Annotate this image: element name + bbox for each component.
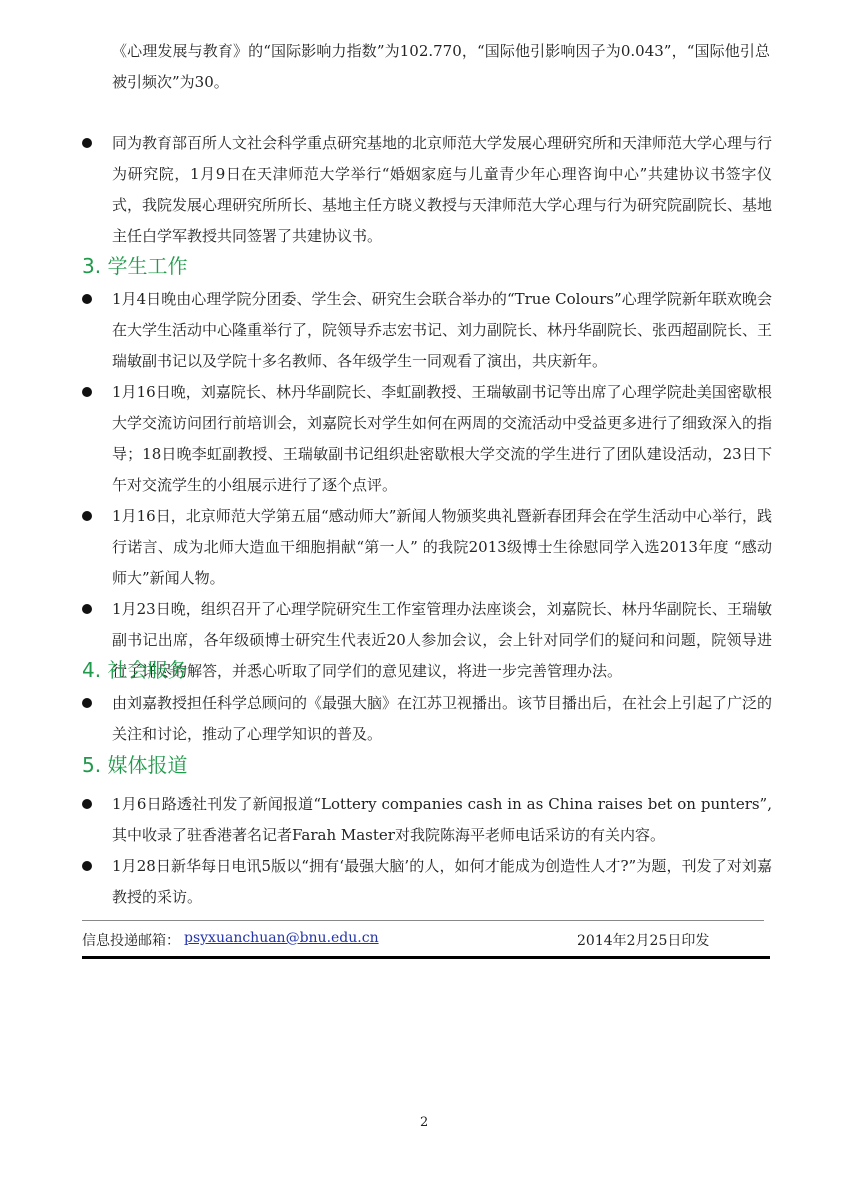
bullet-icon — [82, 138, 92, 148]
list-item: 1月16日，北京师范大学第五届“感动师大”新闻人物颁奖典礼暨新春团拜会在学生活动… — [82, 501, 772, 594]
bullet-icon — [82, 387, 92, 397]
list-item: 同为教育部百所人文社会科学重点研究基地的北京师范大学发展心理研究所和天津师范大学… — [82, 128, 772, 252]
list-item: 由刘嘉教授担任科学总顾问的《最强大脑》在江苏卫视播出。该节目播出后，在社会上引起… — [82, 688, 772, 750]
section-heading-media-reports: 5. 媒体报道 — [82, 749, 187, 778]
footer-rule — [82, 956, 770, 959]
continuation-paragraph: 《心理发展与教育》的“国际影响力指数”为102.770，“国际他引影响因子为0.… — [112, 36, 770, 98]
bullet-icon — [82, 799, 92, 809]
page-number: 2 — [420, 1115, 428, 1130]
list-item: 1月6日路透社刊发了新闻报道“Lottery companies cash in… — [82, 789, 772, 851]
footer-email-label: 信息投递邮箱： — [82, 930, 180, 950]
bullet-icon — [82, 604, 92, 614]
footer-print-date: 2014年2月25日印发 — [577, 930, 709, 950]
footer-email-link[interactable]: psyxuanchuan@bnu.edu.cn — [184, 930, 379, 946]
bullet-icon — [82, 294, 92, 304]
section-heading-student-work: 3. 学生工作 — [82, 250, 187, 279]
footer-divider — [82, 920, 764, 921]
list-item: 1月28日新华每日电讯5版以“拥有‘最强大脑’的人，如何才能成为创造性人才?”为… — [82, 851, 772, 913]
bullet-icon — [82, 861, 92, 871]
section-heading-social-service: 4. 社会服务 — [82, 654, 187, 683]
document-page: 《心理发展与教育》的“国际影响力指数”为102.770，“国际他引影响因子为0.… — [0, 0, 849, 1200]
bullet-icon — [82, 698, 92, 708]
list-item: 1月4日晚由心理学院分团委、学生会、研究生会联合举办的“True Colours… — [82, 284, 772, 377]
list-item: 1月16日晚，刘嘉院长、林丹华副院长、李虹副教授、王瑞敏副书记等出席了心理学院赴… — [82, 377, 772, 501]
bullet-icon — [82, 511, 92, 521]
